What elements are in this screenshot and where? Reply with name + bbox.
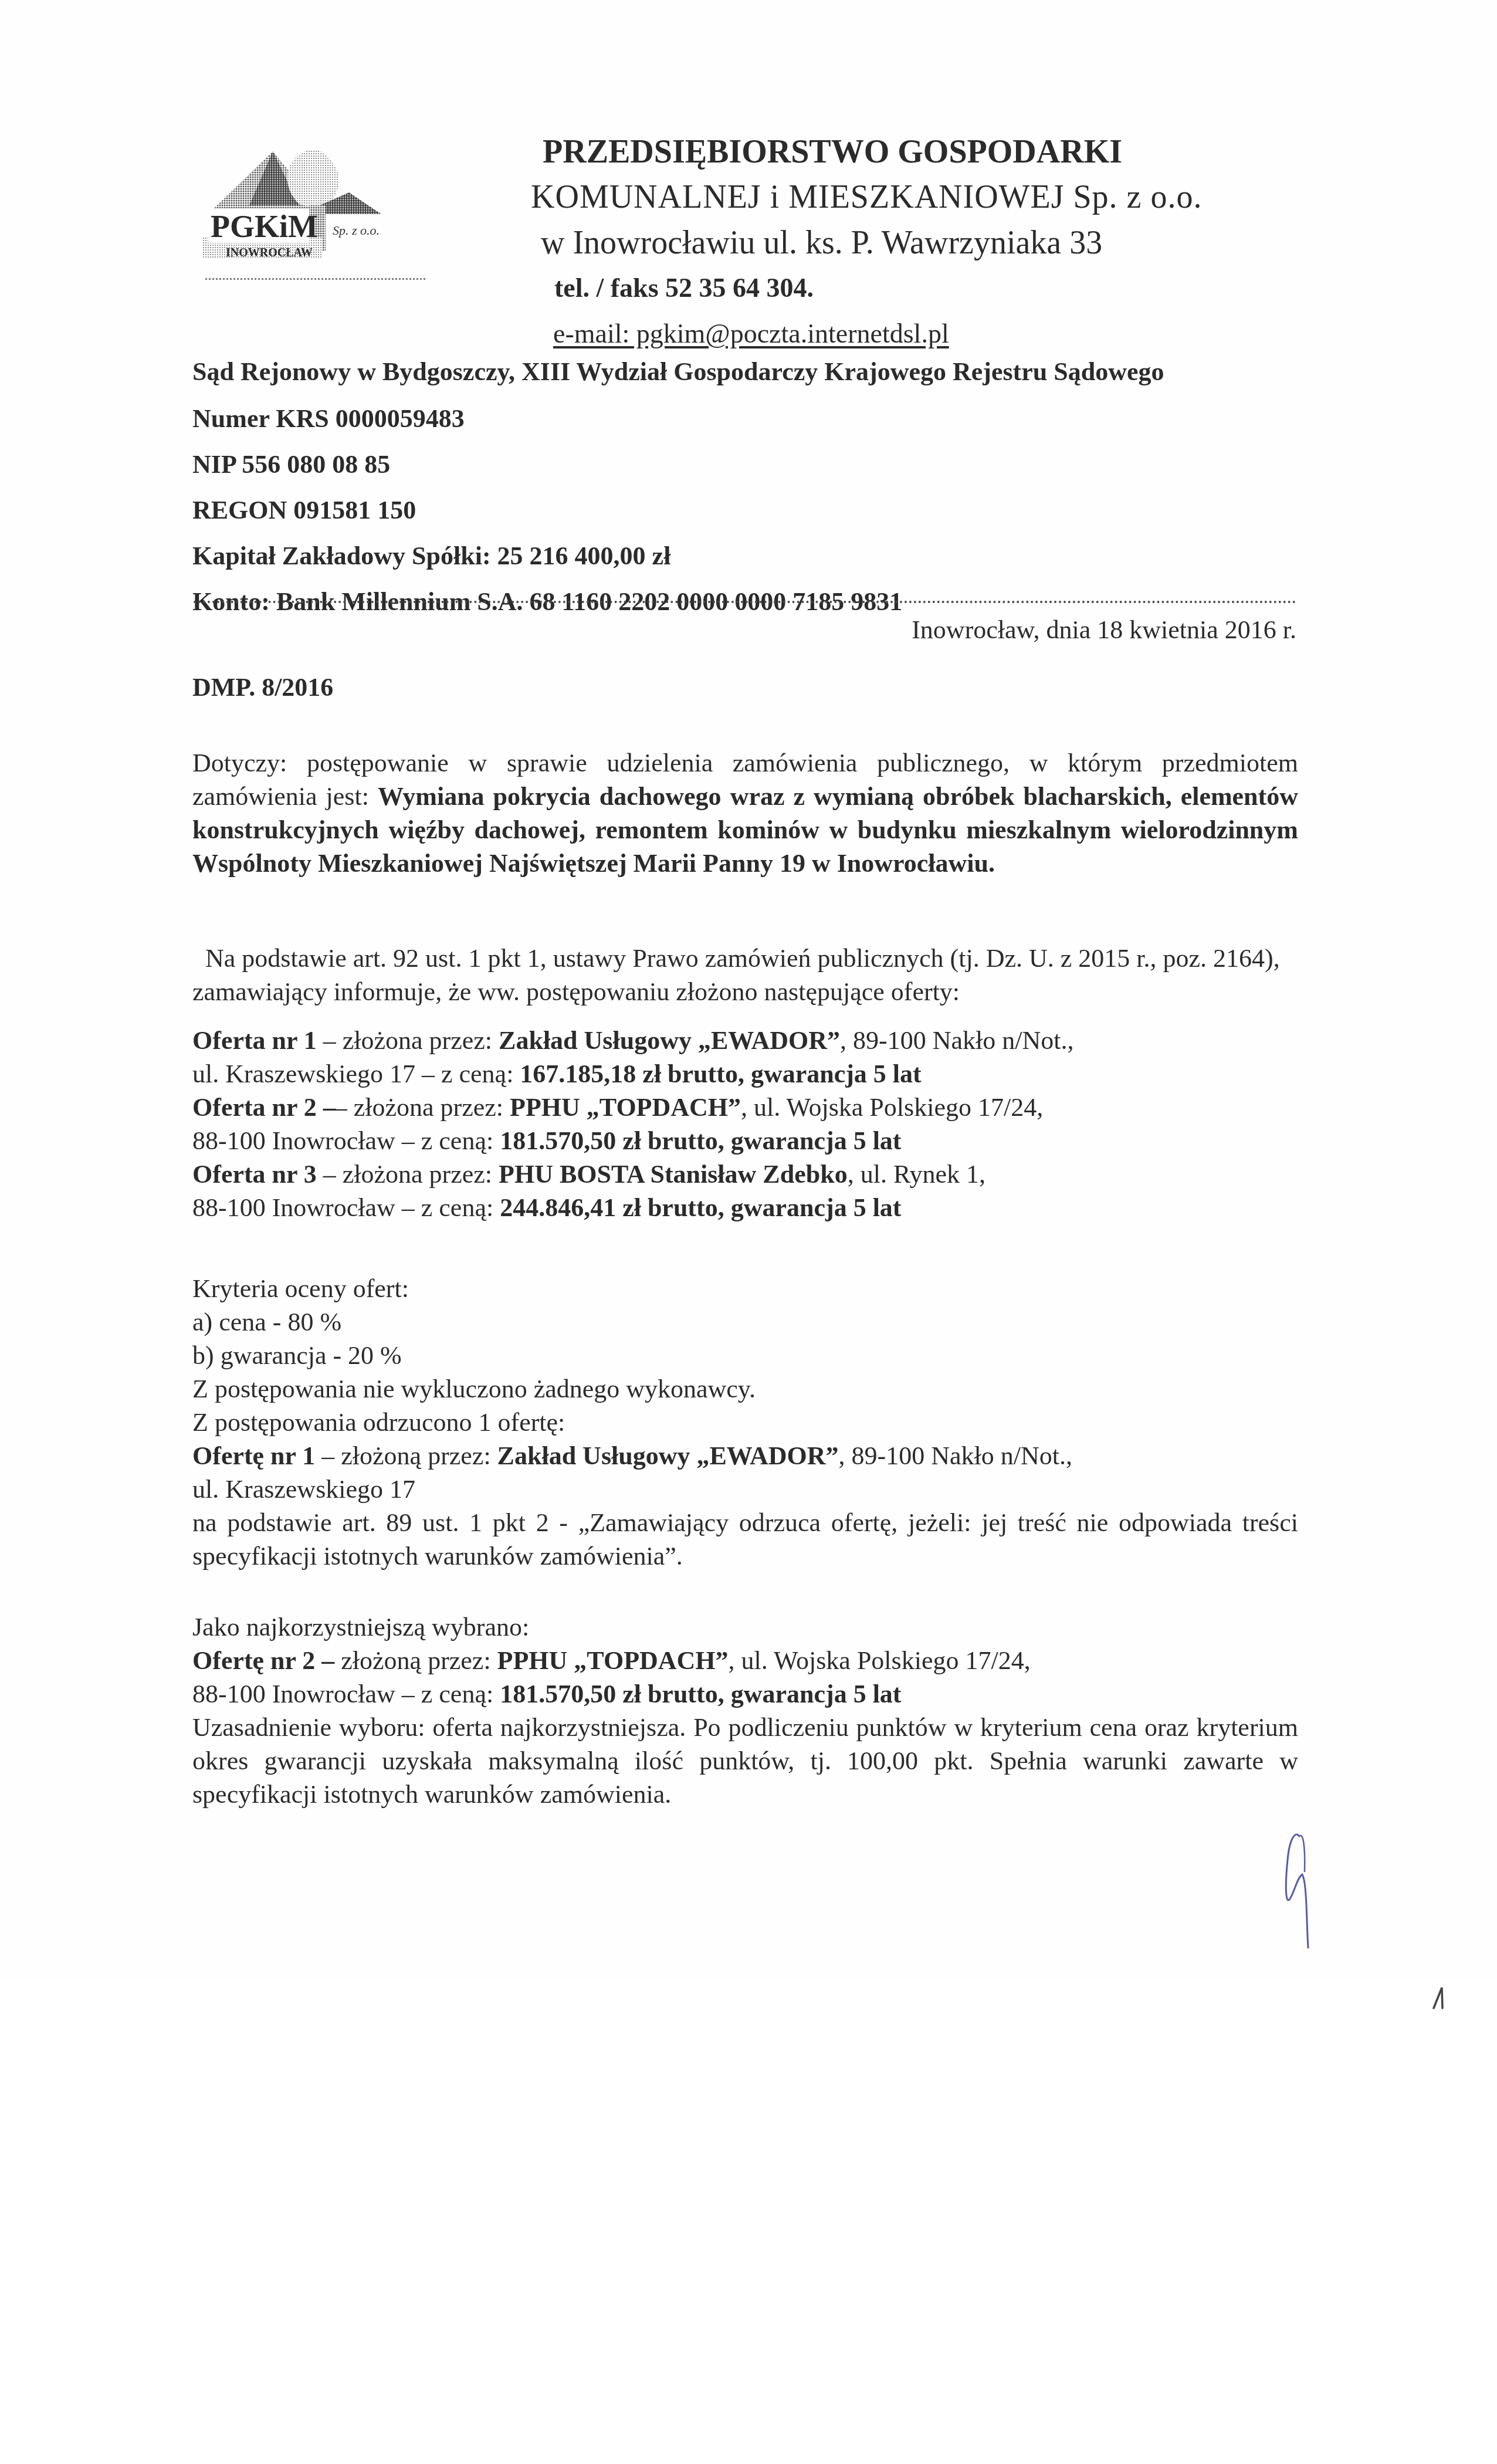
page-number: 1 — [1431, 1986, 1449, 2012]
offer-price: 244.846,41 zł brutto, gwarancja 5 lat — [500, 1193, 901, 1222]
rejection-reason: na podstawie art. 89 ust. 1 pkt 2 - „Zam… — [192, 1506, 1298, 1573]
reference-number: DMP. 8/2016 — [192, 672, 333, 702]
header-divider — [194, 601, 1296, 603]
nip-number: NIP 556 080 08 85 — [192, 449, 390, 479]
offer-item: Oferta nr 1 – złożona przez: Zakład Usłu… — [192, 1024, 1298, 1091]
selected-offer-address-line2: 88-100 Inowrocław – z ceną: — [192, 1680, 500, 1708]
krs-number: Numer KRS 0000059483 — [192, 404, 465, 434]
offer-address-line2: 88-100 Inowrocław – z ceną: — [192, 1126, 500, 1155]
offer-label: Oferta nr 3 — [192, 1160, 317, 1189]
handwritten-signature — [1273, 1795, 1320, 1962]
offer-address: , 89-100 Nakło n/Not., — [840, 1026, 1073, 1055]
logo-divider — [205, 278, 425, 280]
selection-justification: Uzasadnienie wyboru: oferta najkorzystni… — [192, 1711, 1298, 1811]
criteria-block: Kryteria oceny ofert: a) cena - 80 % b) … — [192, 1272, 1298, 1506]
selected-offer-price: 181.570,50 zł brutto, gwarancja 5 lat — [500, 1680, 901, 1708]
share-capital: Kapitał Zakładowy Spółki: 25 216 400,00 … — [192, 541, 670, 571]
offers-list: Oferta nr 1 – złożona przez: Zakład Usłu… — [192, 1024, 1298, 1224]
rejected-offer-submitted-by: – złożoną przez: — [315, 1441, 497, 1470]
regon-number: REGON 091581 150 — [192, 495, 416, 525]
court-registration: Sąd Rejonowy w Bydgoszczy, XIII Wydział … — [192, 357, 1164, 387]
handwritten-page-number-icon — [1431, 1986, 1449, 2009]
date-line: Inowrocław, dnia 18 kwietnia 2016 r. — [912, 615, 1296, 645]
offer-company: PHU BOSTA Stanisław Zdebko — [499, 1160, 848, 1189]
company-phone: tel. / faks 52 35 64 304. — [554, 270, 814, 306]
logo-roof-tree-icon: PGKiM INOWROCŁAW Sp. z o.o. — [202, 141, 414, 264]
rejected-offer-company: Zakład Usługowy „EWADOR” — [497, 1441, 839, 1470]
selected-offer-submitted-by: złożoną przez: — [334, 1646, 497, 1675]
rejected-offer-address: , 89-100 Nakło n/Not., — [839, 1441, 1072, 1470]
offer-address: , ul. Wojska Polskiego 17/24, — [741, 1093, 1043, 1122]
selected-offer-label: Ofertę nr 2 – — [192, 1646, 334, 1675]
company-address: w Inowrocławiu ul. ks. P. Wawrzyniaka 33 — [541, 225, 1102, 261]
offer-item: Oferta nr 3 – złożona przez: PHU BOSTA S… — [192, 1157, 1298, 1224]
offer-address: , ul. Rynek 1, — [848, 1160, 985, 1189]
offer-item: Oferta nr 2 – – złożona przez: PPHU „TOP… — [192, 1091, 1298, 1157]
rejected-offer-address-line2: ul. Kraszewskiego 17 — [192, 1473, 1298, 1506]
rejections-heading: Z postępowania odrzucono 1 ofertę: — [192, 1406, 1298, 1439]
selected-offer-company: PPHU „TOPDACH” — [497, 1646, 729, 1675]
svg-text:PGKiM: PGKiM — [211, 209, 318, 244]
offer-address-line2: 88-100 Inowrocław – z ceną: — [192, 1193, 500, 1222]
criteria-item-warranty: b) gwarancja - 20 % — [192, 1339, 1298, 1372]
company-email-link[interactable]: e-mail: pgkim@poczta.internetdsl.pl — [553, 316, 949, 352]
offer-submitted-by: – złożona przez: — [328, 1093, 510, 1122]
rejected-offer-label: Ofertę nr 1 — [192, 1441, 315, 1470]
company-logo: PGKiM INOWROCŁAW Sp. z o.o. — [202, 141, 414, 264]
company-name-line1: PRZEDSIĘBIORSTWO GOSPODARKI — [543, 134, 1122, 170]
svg-text:INOWROCŁAW: INOWROCŁAW — [226, 246, 313, 259]
offer-price: 181.570,50 zł brutto, gwarancja 5 lat — [500, 1126, 901, 1155]
offer-company: PPHU „TOPDACH” — [510, 1093, 741, 1122]
offer-company: Zakład Usługowy „EWADOR” — [499, 1026, 840, 1055]
selection-heading: Jako najkorzystniejszą wybrano: — [192, 1610, 1298, 1644]
selected-offer-address: , ul. Wojska Polskiego 17/24, — [729, 1646, 1031, 1675]
offer-submitted-by: – złożona przez: — [317, 1160, 499, 1189]
selection-block: Jako najkorzystniejszą wybrano: Ofertę n… — [192, 1610, 1298, 1711]
document-page: PGKiM INOWROCŁAW Sp. z o.o. PRZEDSIĘBIOR… — [0, 0, 1497, 1980]
offer-price: 167.185,18 zł brutto, gwarancja 5 lat — [520, 1060, 921, 1088]
signature-scribble-icon — [1273, 1795, 1320, 1959]
offer-label: Oferta nr 2 — [192, 1093, 317, 1122]
svg-text:Sp. z o.o.: Sp. z o.o. — [333, 223, 380, 238]
offer-submitted-by: – złożona przez: — [317, 1026, 499, 1055]
offer-label: Oferta nr 1 — [192, 1026, 317, 1055]
exclusions-note: Z postępowania nie wykluczono żadnego wy… — [192, 1372, 1298, 1406]
subject-paragraph: Dotyczy: postępowanie w sprawie udzielen… — [192, 746, 1298, 880]
company-name-line2: KOMUNALNEJ i MIESZKANIOWEJ Sp. z o.o. — [531, 179, 1202, 215]
criteria-item-price: a) cena - 80 % — [192, 1305, 1298, 1339]
criteria-heading: Kryteria oceny ofert: — [192, 1272, 1298, 1305]
legal-basis-paragraph: Na podstawie art. 92 ust. 1 pkt 1, ustaw… — [192, 942, 1298, 1008]
offer-address-line2: ul. Kraszewskiego 17 – z ceną: — [192, 1060, 520, 1088]
